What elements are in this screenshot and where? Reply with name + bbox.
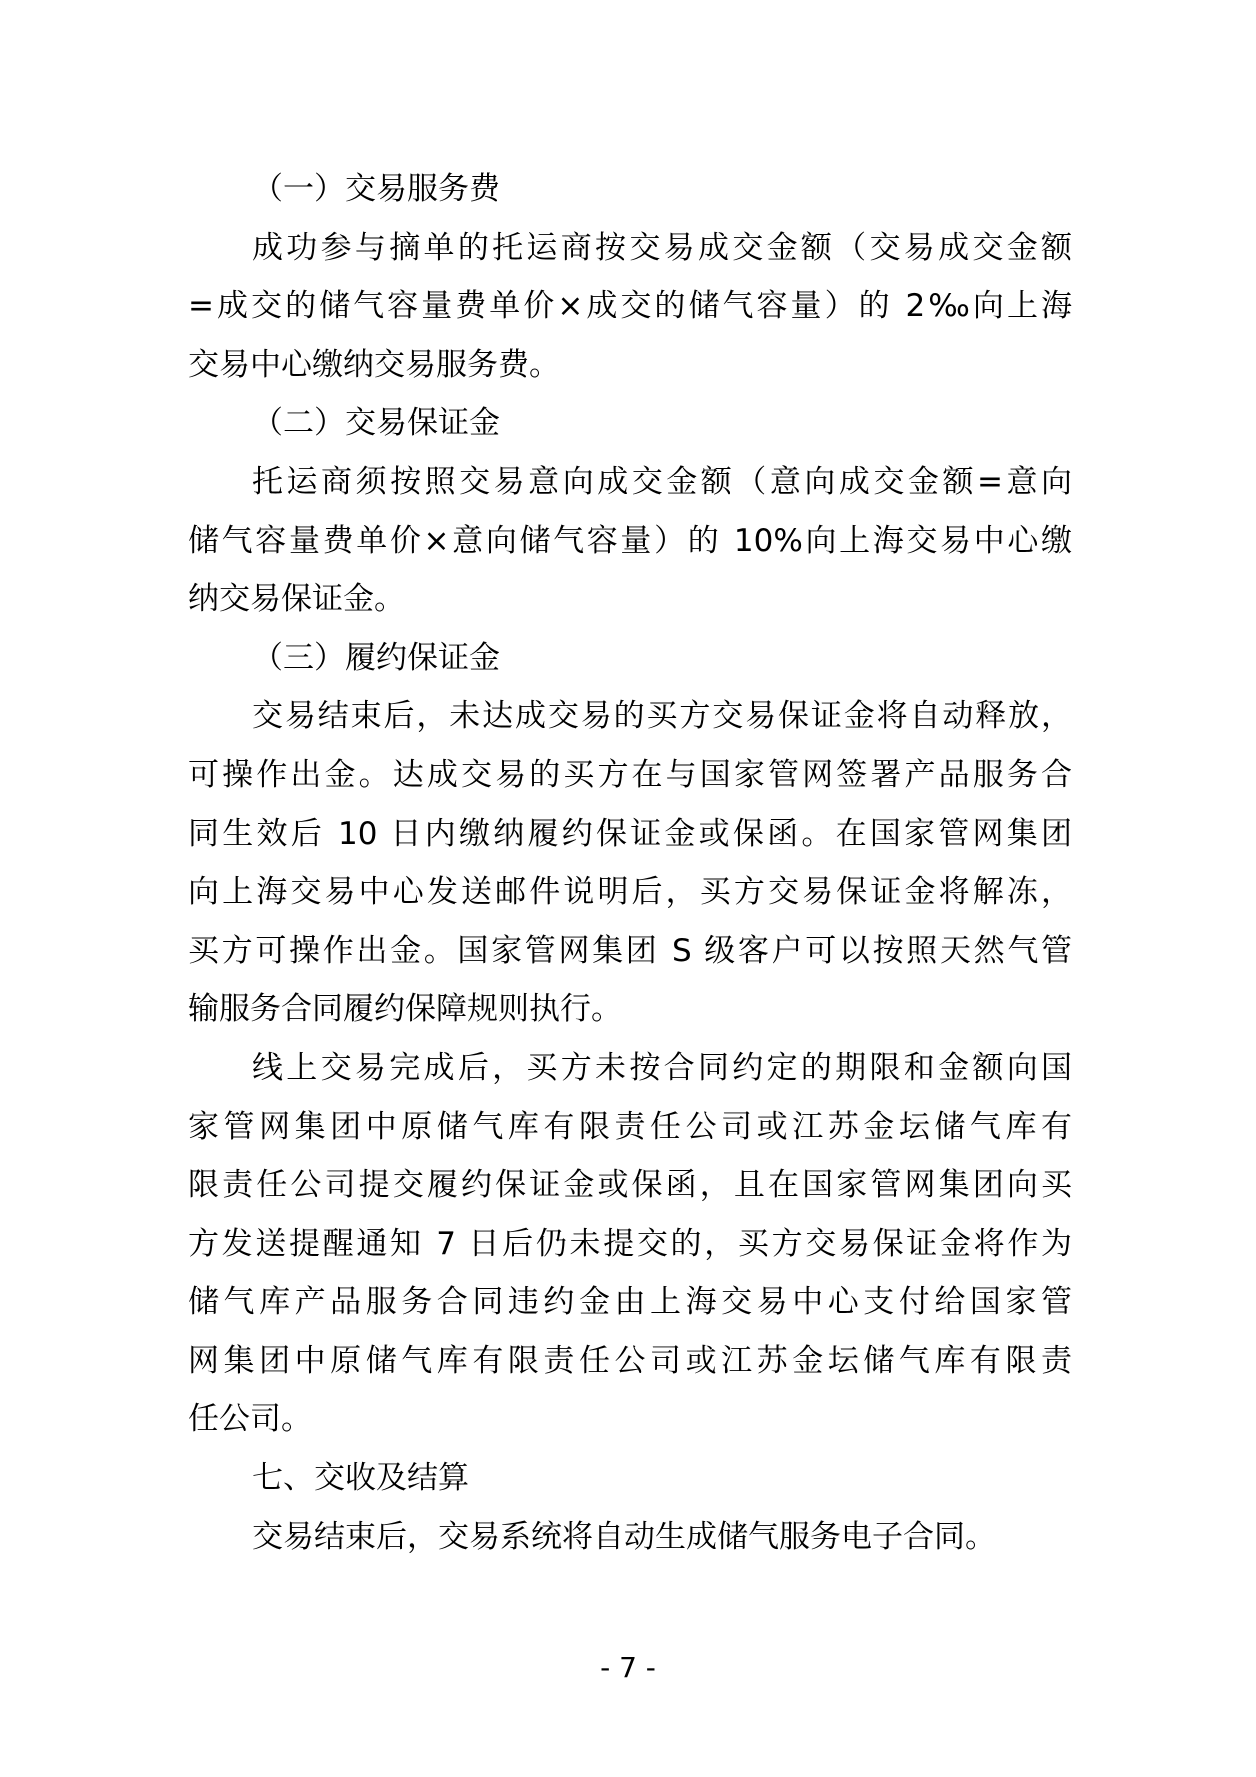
paragraph-line: 同生效后 10 日内缴纳履约保证金或保函。在国家管网集团 [188, 805, 1072, 864]
paragraph-line: 纳交易保证金。 [188, 570, 1072, 629]
paragraph-line: 可操作出金。达成交易的买方在与国家管网签署产品服务合 [188, 746, 1072, 805]
paragraph-line: 线上交易完成后，买方未按合同约定的期限和金额向国 [188, 1039, 1072, 1098]
paragraph-line: 方发送提醒通知 7 日后仍未提交的，买方交易保证金将作为 [188, 1215, 1072, 1274]
paragraph-line: 托运商须按照交易意向成交金额（意向成交金额=意向 [188, 453, 1072, 512]
paragraph-line: 向上海交易中心发送邮件说明后，买方交易保证金将解冻， [188, 863, 1072, 922]
page-number: - 7 - [0, 1648, 1256, 1688]
paragraph-line: 交易中心缴纳交易服务费。 [188, 336, 1072, 395]
document-page: （一）交易服务费 成功参与摘单的托运商按交易成交金额（交易成交金额 =成交的储气… [0, 0, 1256, 1777]
section-heading-transaction-service-fee: （一）交易服务费 [188, 160, 1072, 219]
paragraph-line: 交易结束后，未达成交易的买方交易保证金将自动释放， [188, 687, 1072, 746]
paragraph-line: 家管网集团中原储气库有限责任公司或江苏金坛储气库有 [188, 1098, 1072, 1157]
section-heading-performance-deposit: （三）履约保证金 [188, 629, 1072, 688]
paragraph-line: =成交的储气容量费单价×成交的储气容量）的 2‰向上海 [188, 277, 1072, 336]
paragraph-line: 储气库产品服务合同违约金由上海交易中心支付给国家管 [188, 1273, 1072, 1332]
paragraph-line: 交易结束后，交易系统将自动生成储气服务电子合同。 [188, 1508, 1072, 1567]
paragraph-line: 买方可操作出金。国家管网集团 S 级客户可以按照天然气管 [188, 922, 1072, 981]
section-heading-delivery-settlement: 七、交收及结算 [188, 1449, 1072, 1508]
paragraph-line: 任公司。 [188, 1390, 1072, 1449]
paragraph-line: 成功参与摘单的托运商按交易成交金额（交易成交金额 [188, 219, 1072, 278]
section-heading-transaction-deposit: （二）交易保证金 [188, 394, 1072, 453]
paragraph-line: 储气容量费单价×意向储气容量）的 10%向上海交易中心缴 [188, 512, 1072, 571]
paragraph-line: 限责任公司提交履约保证金或保函，且在国家管网集团向买 [188, 1156, 1072, 1215]
document-body: （一）交易服务费 成功参与摘单的托运商按交易成交金额（交易成交金额 =成交的储气… [188, 160, 1072, 1566]
paragraph-line: 网集团中原储气库有限责任公司或江苏金坛储气库有限责 [188, 1332, 1072, 1391]
paragraph-line: 输服务合同履约保障规则执行。 [188, 980, 1072, 1039]
